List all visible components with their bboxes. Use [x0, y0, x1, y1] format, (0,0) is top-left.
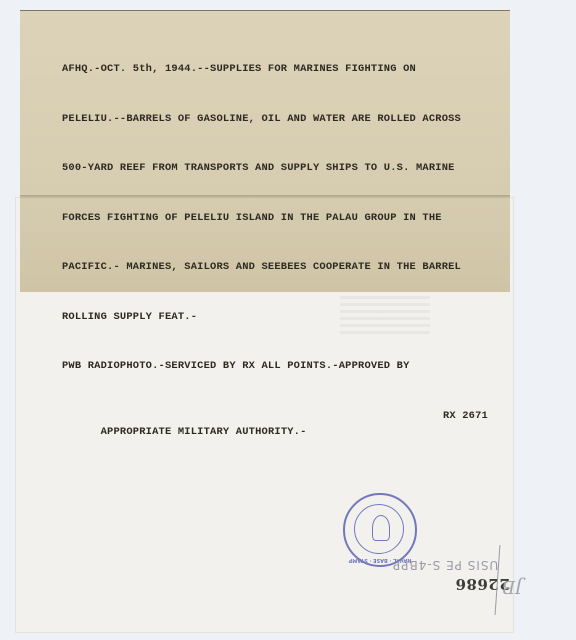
caption-line-last: APPROPRIATE MILITARY AUTHORITY.- RX 2671: [62, 408, 512, 425]
pencil-annotation: USIS PE S-4BPP: [392, 558, 498, 572]
caption-sheet: AFHQ.-OCT. 5th, 1944.--SUPPLIES FOR MARI…: [20, 10, 510, 292]
stamp-emblem-icon: [372, 515, 390, 541]
caption-line: FORCES FIGHTING OF PELELIU ISLAND IN THE…: [62, 210, 512, 227]
caption-line: PELELIU.--BARRELS OF GASOLINE, OIL AND W…: [62, 111, 512, 128]
pencil-initials: JB: [502, 576, 522, 597]
caption-line: PWB RADIOPHOTO.-SERVICED BY RX ALL POINT…: [62, 358, 512, 375]
caption-text: AFHQ.-OCT. 5th, 1944.--SUPPLIES FOR MARI…: [62, 28, 512, 457]
caption-line: 500-YARD REEF FROM TRANSPORTS AND SUPPLY…: [62, 160, 512, 177]
reference-code: RX 2671: [443, 408, 488, 425]
caption-line: AFHQ.-OCT. 5th, 1944.--SUPPLIES FOR MARI…: [62, 61, 512, 78]
caption-line: APPROPRIATE MILITARY AUTHORITY.-: [101, 426, 307, 438]
ink-stamp: NAVAL · BASE · STAMP: [343, 493, 417, 567]
caption-line: PACIFIC.- MARINES, SAILORS AND SEEBEES C…: [62, 259, 512, 276]
caption-line: ROLLING SUPPLY FEAT.-: [62, 309, 512, 326]
